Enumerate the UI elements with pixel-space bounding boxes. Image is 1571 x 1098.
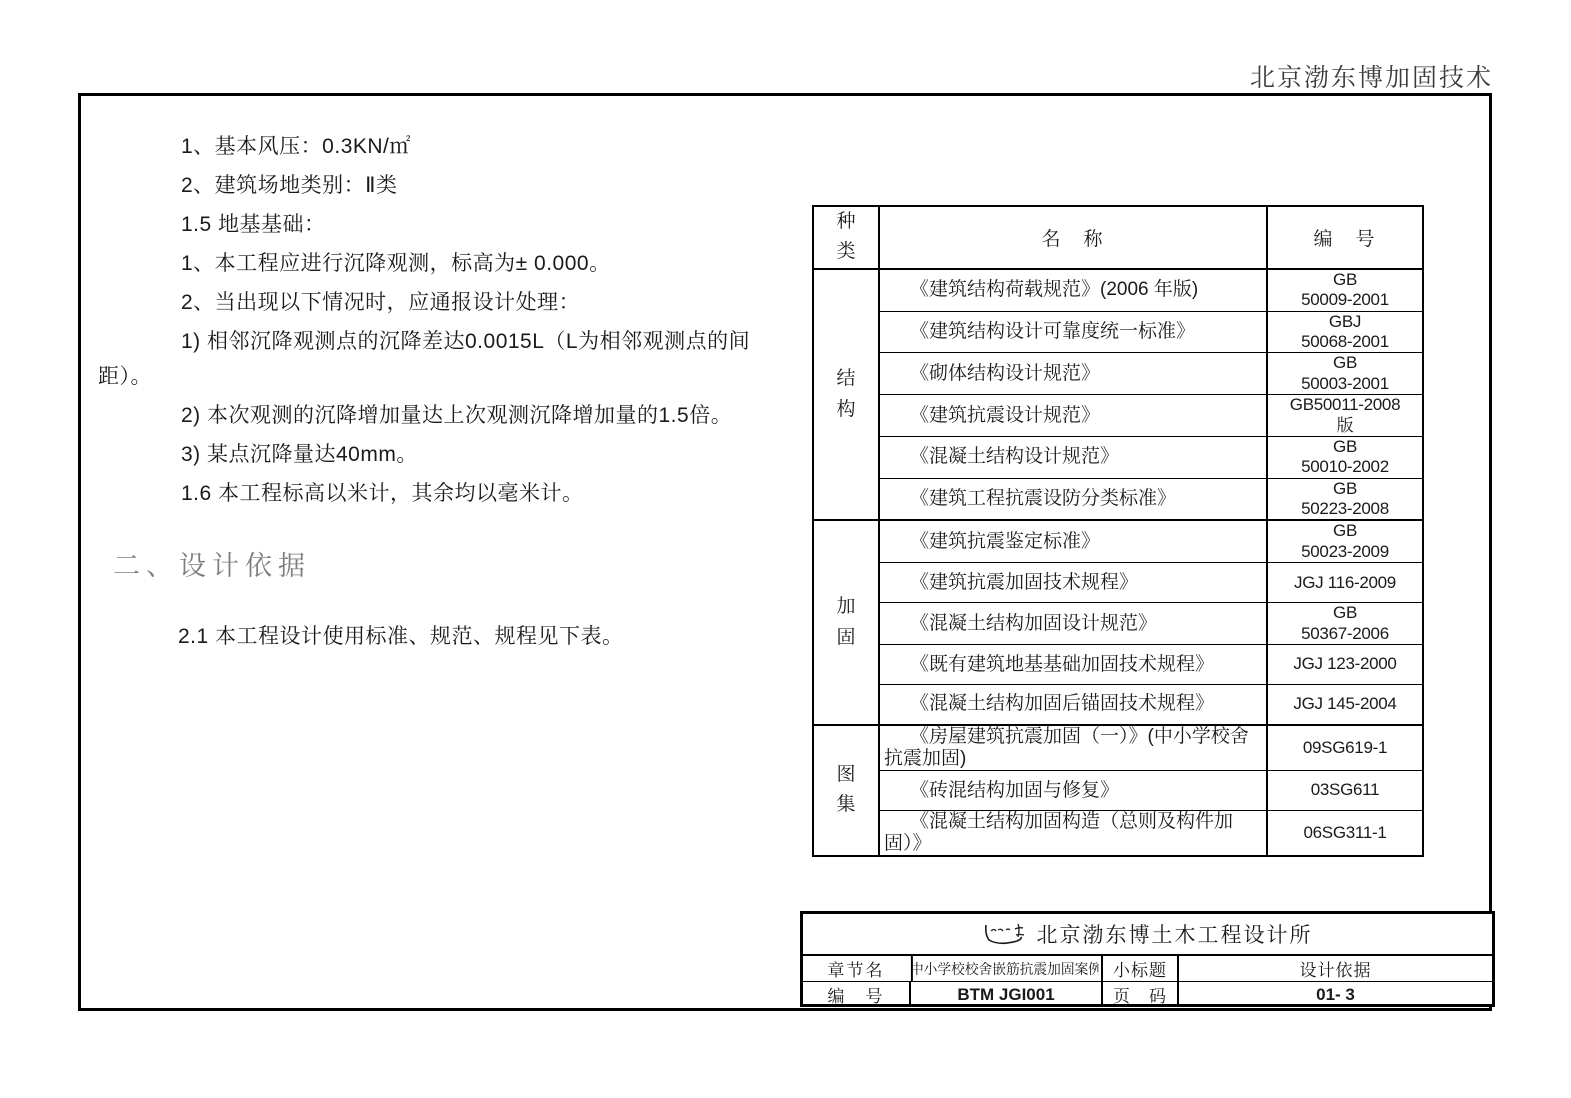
table-row: 《既有建筑地基基础加固技术规程》 JGJ 123-2000 bbox=[813, 645, 1423, 685]
number-value: BTM JGI001 bbox=[909, 981, 1101, 1007]
table-row: 《混凝土结构设计规范》 GB 50010-2002 bbox=[813, 436, 1423, 478]
body-line: 2) 本次观测的沉降增加量达上次观测沉降增加量的1.5倍。 bbox=[181, 401, 732, 431]
standard-name: 《砌体结构设计规范》 bbox=[879, 353, 1267, 395]
page-label: 页 码 bbox=[1101, 981, 1177, 1007]
table-row: 图集 《房屋建筑抗震加固（一）》(中小学校舍抗震加固) 09SG619-1 bbox=[813, 725, 1423, 771]
standard-name: 《建筑结构荷载规范》(2006 年版) bbox=[879, 269, 1267, 311]
standard-number: GB 50367-2006 bbox=[1267, 603, 1423, 645]
chapter-value: 中小学校校舍嵌筋抗震加固案例 bbox=[911, 956, 1099, 981]
standard-name: 《建筑结构设计可靠度统一标准》 bbox=[879, 311, 1267, 353]
standard-name: 《房屋建筑抗震加固（一）》(中小学校舍抗震加固) bbox=[879, 725, 1267, 771]
table-row: 《混凝土结构加固设计规范》 GB 50367-2006 bbox=[813, 603, 1423, 645]
body-line: 1、基本风压：0.3KN/㎡ bbox=[181, 132, 411, 162]
table-row: 《建筑结构设计可靠度统一标准》 GBJ 50068-2001 bbox=[813, 311, 1423, 353]
signature-logo-icon bbox=[983, 921, 1027, 947]
company-name: 北京渤东博土木工程设计所 bbox=[1037, 919, 1313, 949]
header-name: 名 称 bbox=[879, 206, 1267, 269]
title-block-row: 章节名 中小学校校舍嵌筋抗震加固案例 小标题 设计依据 bbox=[803, 956, 1492, 981]
chapter-label: 章节名 bbox=[803, 956, 909, 981]
standard-name: 《混凝土结构加固构造（总则及构件加固）》 bbox=[879, 811, 1267, 856]
standard-number: GBJ 50068-2001 bbox=[1267, 311, 1423, 353]
subtitle-label: 小标题 bbox=[1101, 956, 1177, 981]
body-line: 1、本工程应进行沉降观测，标高为± 0.000。 bbox=[181, 249, 611, 279]
document-page: 北京渤东博加固技术 1、基本风压：0.3KN/㎡ 2、建筑场地类别：Ⅱ类 1.5… bbox=[0, 0, 1571, 1098]
standard-number: JGJ 116-2009 bbox=[1267, 563, 1423, 603]
standard-number: GB 50010-2002 bbox=[1267, 436, 1423, 478]
standard-name: 《混凝土结构加固设计规范》 bbox=[879, 603, 1267, 645]
body-line: 1.6 本工程标高以米计，其余均以毫米计。 bbox=[181, 479, 584, 509]
standard-number: 09SG619-1 bbox=[1267, 725, 1423, 771]
body-line: 2、当出现以下情况时，应通报设计处理： bbox=[181, 288, 580, 318]
subtitle-value: 设计依据 bbox=[1177, 956, 1492, 981]
table-row: 《砖混结构加固与修复》 03SG611 bbox=[813, 771, 1423, 811]
page-frame: 1、基本风压：0.3KN/㎡ 2、建筑场地类别：Ⅱ类 1.5 地基基础： 1、本… bbox=[78, 93, 1492, 1011]
header-category: 种类 bbox=[813, 206, 879, 269]
group-label-atlas: 图集 bbox=[813, 725, 879, 856]
table-row: 《砌体结构设计规范》 GB 50003-2001 bbox=[813, 353, 1423, 395]
standard-number: JGJ 123-2000 bbox=[1267, 645, 1423, 685]
company-row: 北京渤东博土木工程设计所 bbox=[803, 914, 1492, 956]
body-line: 1) 相邻沉降观测点的沉降差达0.0015L（L为相邻观测点的间 bbox=[181, 327, 750, 357]
table-row: 《建筑抗震设计规范》 GB50011-2008 版 bbox=[813, 395, 1423, 437]
standard-name: 《砖混结构加固与修复》 bbox=[879, 771, 1267, 811]
standard-name: 《建筑抗震设计规范》 bbox=[879, 395, 1267, 437]
standard-number: GB 50023-2009 bbox=[1267, 520, 1423, 562]
brand-watermark: 北京渤东博加固技术 bbox=[1250, 58, 1493, 94]
body-line: 3) 某点沉降量达40mm。 bbox=[181, 440, 418, 470]
standard-number: JGJ 145-2004 bbox=[1267, 685, 1423, 725]
group-label-structure: 结构 bbox=[813, 269, 879, 521]
standard-name: 《混凝土结构设计规范》 bbox=[879, 436, 1267, 478]
standard-number: GB 50009-2001 bbox=[1267, 269, 1423, 311]
section-heading: 二、设计依据 bbox=[113, 544, 311, 583]
page-value: 01- 3 bbox=[1177, 981, 1492, 1007]
title-block: 北京渤东博土木工程设计所 章节名 中小学校校舍嵌筋抗震加固案例 小标题 设计依据… bbox=[800, 911, 1495, 1007]
table-row: 加固 《建筑抗震鉴定标准》 GB 50023-2009 bbox=[813, 520, 1423, 562]
table-row: 《建筑抗震加固技术规程》 JGJ 116-2009 bbox=[813, 563, 1423, 603]
standard-name: 《建筑工程抗震设防分类标准》 bbox=[879, 478, 1267, 520]
table-row: 结构 《建筑结构荷载规范》(2006 年版) GB 50009-2001 bbox=[813, 269, 1423, 311]
standard-number: 03SG611 bbox=[1267, 771, 1423, 811]
table-row: 《建筑工程抗震设防分类标准》 GB 50223-2008 bbox=[813, 478, 1423, 520]
standard-name: 《建筑抗震加固技术规程》 bbox=[879, 563, 1267, 603]
body-line: 距）。 bbox=[98, 362, 152, 392]
section-intro: 2.1 本工程设计使用标准、规范、规程见下表。 bbox=[178, 620, 624, 650]
body-line: 1.5 地基基础： bbox=[181, 210, 326, 240]
standard-number: GB 50223-2008 bbox=[1267, 478, 1423, 520]
standard-name: 《建筑抗震鉴定标准》 bbox=[879, 520, 1267, 562]
standard-name: 《混凝土结构加固后锚固技术规程》 bbox=[879, 685, 1267, 725]
title-block-grid: 章节名 中小学校校舍嵌筋抗震加固案例 小标题 设计依据 编 号 BTM JGI0… bbox=[803, 956, 1492, 1007]
number-label: 编 号 bbox=[803, 981, 909, 1007]
standards-table: 种类 名 称 编 号 结构 《建筑结构荷载规范》(2006 年版) GB 500… bbox=[812, 205, 1424, 857]
table-header-row: 种类 名 称 编 号 bbox=[813, 206, 1423, 269]
group-label-reinforcement: 加固 bbox=[813, 520, 879, 724]
table-row: 《混凝土结构加固构造（总则及构件加固）》 06SG311-1 bbox=[813, 811, 1423, 856]
standard-number: 06SG311-1 bbox=[1267, 811, 1423, 856]
header-number: 编 号 bbox=[1267, 206, 1423, 269]
title-block-row: 编 号 BTM JGI001 页 码 01- 3 bbox=[803, 981, 1492, 1007]
table-row: 《混凝土结构加固后锚固技术规程》 JGJ 145-2004 bbox=[813, 685, 1423, 725]
standard-number: GB50011-2008 版 bbox=[1267, 395, 1423, 437]
standard-number: GB 50003-2001 bbox=[1267, 353, 1423, 395]
standard-name: 《既有建筑地基基础加固技术规程》 bbox=[879, 645, 1267, 685]
body-line: 2、建筑场地类别：Ⅱ类 bbox=[181, 171, 398, 201]
